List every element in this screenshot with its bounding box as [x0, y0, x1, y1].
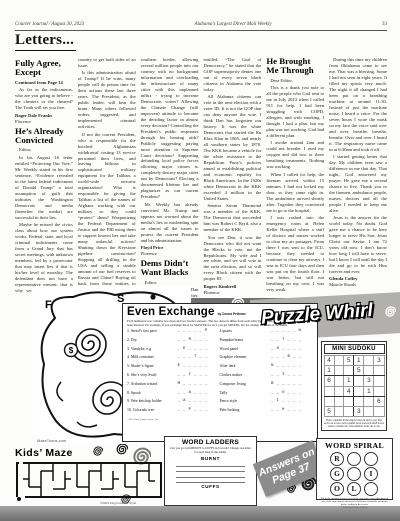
sudoku-cell: 1: [354, 356, 364, 366]
answer-blanks: _ _ T _ _ _: [271, 339, 313, 343]
even-exchange-row: 2. Dry_ _ R _ _ _Pumpkin home_ _ T _ _ _: [127, 339, 313, 343]
letter-paragraph: All Alabama citizens can vote in the nex…: [203, 94, 261, 201]
even-exchange-row: 1. Steed’s fast pace_ _ _ _ _ P4 quarts_…: [127, 330, 313, 334]
even-exchange-row: 3. Vandyke, e.g._ E _ _ _ _Wood panel_ O…: [127, 348, 313, 352]
word-spiral-title: WORD SPIRAL: [320, 441, 389, 450]
letter-paragraph: You see Dan, it was the Democrats who di…: [203, 235, 261, 283]
clue: 2. Dry: [127, 339, 178, 343]
kids-maze-title: Kids’ Maze: [15, 447, 73, 459]
sudoku-cell: [334, 376, 344, 386]
sudoku-cell: 4: [324, 356, 334, 366]
mini-sudoku-puzzle: MINI SUDOKU 4513 15 613 41 6 53 Place a …: [321, 341, 387, 431]
sudoku-cell: [334, 386, 344, 396]
word-spiral-puzzle: WORD SPIRAL R G I O L Fill in the missin…: [316, 438, 393, 500]
letter-signature: Rogers Kimbrell Florence: [203, 284, 261, 296]
clue: 3. Vandyke, e.g.: [127, 348, 178, 352]
spiral-letter-cell: R: [330, 452, 344, 466]
letter-paragraph: In his August 16 letter entitled “Protec…: [15, 155, 73, 221]
ladder-rung: [176, 471, 245, 472]
answer-blanks: _ _ O _ _ _: [271, 392, 313, 396]
sudoku-cell: [364, 356, 374, 366]
sudoku-cell: [354, 376, 364, 386]
clue: Pale-looking: [220, 409, 272, 413]
maze-dollar-label: $: [69, 346, 74, 355]
answer-blanks: B _ _ _ _ _: [271, 383, 313, 387]
sudoku-cell: [334, 406, 344, 416]
sudoku-cell: 5: [344, 356, 354, 366]
answer-blanks: _ _ R _ _ _: [178, 339, 220, 343]
masthead-center: Alabama’s Largest Direct Mail Weekly: [194, 22, 271, 27]
letter-paragraph: I awoke around 2am and could not breathe…: [266, 140, 324, 170]
maze-start-dot: [17, 497, 21, 501]
section-title-letters: Letters...: [15, 32, 76, 51]
clue: 10. Colorado tree: [127, 409, 178, 413]
continued-note: Continued from Page 14: [15, 80, 73, 86]
even-exchange-row: 5. Skater’s figureE _ _ _ _ _After darkN…: [127, 365, 313, 369]
sudoku-cell: 6: [324, 376, 334, 386]
word-ladders-top-word: BURNT: [170, 456, 251, 461]
sudoku-cell: [344, 366, 354, 376]
word-ladders-puzzle: WORD LADDERS Can you go from BURNT to CU…: [164, 436, 257, 506]
spiral-letter-cell: G: [330, 467, 344, 481]
answer-blanks: _ _ _ B _ _: [271, 356, 313, 360]
clue: 6. She’s very Swift: [127, 374, 178, 378]
clue: 7. Arthurian wizard: [127, 383, 178, 387]
answer-blanks: _ _ P _ _ _: [178, 409, 220, 413]
signature-city: Florence: [141, 251, 199, 257]
letter-paragraph: This is a thank you note to all the peop…: [266, 85, 324, 139]
sudoku-cell: 1: [324, 366, 334, 376]
sudoku-cell: [364, 366, 374, 376]
signature-city: Muscle Shoals: [329, 282, 387, 288]
letter-salutation: Editor,: [15, 147, 73, 153]
newspaper-page: { "masthead": { "left": "Courier Journal…: [0, 0, 400, 521]
sudoku-cell: 6: [374, 396, 384, 406]
even-exchange-row: 7. Arthurian wizardM _ _ _ _ _Composer I…: [127, 383, 313, 387]
sudoku-cell: [324, 396, 334, 406]
word-ladders-instructions: Can you go from BURNT to CUFFS in 6 word…: [170, 447, 251, 455]
sudoku-cell: [344, 406, 354, 416]
page-background: Courier Journal / August 30, 2023 Alabam…: [0, 0, 400, 521]
sudoku-cell: [374, 406, 384, 416]
letter-paragraph: When I called for help, the fireman arri…: [266, 172, 324, 214]
answer-blanks: _ I _ _ _ _: [271, 400, 313, 404]
clue: After dark: [220, 365, 272, 369]
letter-paragraph: Mr. Weekly has already convicted Mr. Tru…: [141, 202, 199, 244]
sudoku-cell: [334, 356, 344, 366]
spiral-letter-cell: [364, 452, 378, 466]
even-exchange-row: 6. She’s very Swift_ _ Y _ _ _Clothes ma…: [127, 374, 313, 378]
even-exchange-title: Even Exchange: [127, 306, 215, 318]
masthead: Courier Journal / August 30, 2023 Alabam…: [15, 22, 387, 31]
clue: 4. Milk container: [127, 356, 178, 360]
clue: 5. Skater’s figure: [127, 365, 178, 369]
spiral-letter-cell: I: [364, 467, 378, 481]
swirl-icon: [115, 443, 128, 456]
spiral-letter-cell: [347, 452, 361, 466]
sudoku-cell: 3: [364, 376, 374, 386]
even-exchange-copyright: ©2023 King Features Synd., Inc.: [127, 418, 313, 421]
letter-paragraph: I started getting better that day. My ch…: [329, 154, 387, 214]
mazetoons-credit: MazeToons.com: [37, 438, 67, 443]
clue: 1. Steed’s fast pace: [127, 330, 178, 334]
mini-sudoku-grid: 4513 15 613 41 6 53: [324, 355, 385, 417]
mini-sudoku-caption: Place a number in the empty boxes in suc…: [324, 419, 385, 429]
letter-paragraph: Is this administration afraid of Trump? …: [78, 70, 136, 130]
sudoku-cell: 1: [344, 376, 354, 386]
clue: 8. Spook: [127, 392, 178, 396]
letter-signature: Roger Dale Franks Florence: [15, 113, 73, 125]
clue: 9. Wee ketchup holder: [127, 400, 178, 404]
sudoku-cell: 5: [354, 366, 364, 376]
clue: Wood panel: [220, 348, 272, 352]
letter-salutation: Editor:: [141, 280, 199, 286]
mini-sudoku-title: MINI SUDOKU: [324, 344, 385, 354]
answer-blanks: _ A _ _ _ _: [178, 400, 220, 404]
answer-blanks: _ _ A _ _ _: [178, 392, 220, 396]
letter-paragraph: During this time my children from Oklaho…: [329, 57, 387, 153]
sudoku-cell: [364, 406, 374, 416]
answer-blanks: _ _ H _ _ _: [271, 409, 313, 413]
clue: 4 quarts: [220, 330, 272, 334]
answer-blanks: _ _ _ T _ _: [178, 356, 220, 360]
answer-blanks: M _ _ _ _ _: [178, 383, 220, 387]
clue: Tally: [220, 392, 272, 396]
sudoku-cell: [334, 396, 344, 406]
clue: Composer Irving: [220, 383, 272, 387]
spiral-letter-cell: [364, 482, 378, 496]
spiral-letter-cell: L: [347, 482, 361, 496]
sudoku-cell: [344, 396, 354, 406]
word-spiral-caption: Fill in the missing letters to reveal th…: [320, 497, 389, 506]
sudoku-cell: 5: [324, 406, 334, 416]
sudoku-cell: [374, 366, 384, 376]
answer-blanks: _ _ _ _ _ N: [271, 330, 313, 334]
sudoku-cell: [334, 366, 344, 376]
signature-city: Florence: [203, 290, 261, 296]
kids-maze-copyright: ©2023 King Features Synd.: [100, 501, 137, 505]
spiral-letter-cell: O: [330, 482, 344, 496]
spiral-letter-cell: [347, 467, 361, 481]
answer-blanks: E _ _ _ _ _: [178, 365, 220, 369]
sudoku-cell: [374, 376, 384, 386]
even-exchange-byline: by Donna Pettman: [218, 312, 246, 316]
clue: Fence style: [220, 400, 272, 404]
word-spiral-copyright: ©2023 King Features Syndicate: [320, 507, 389, 509]
even-exchange-row: 8. Spook_ _ A _ _ _Tally_ _ O _ _ _: [127, 392, 313, 396]
maze-dot: [150, 294, 155, 299]
ladder-rung: [176, 477, 245, 478]
answer-blanks: _ _ I _ _ _: [271, 374, 313, 378]
letter-title: He’s Already Convicted: [15, 127, 73, 145]
letter-signature: Glenda Coffey Muscle Shoals: [329, 276, 387, 288]
even-exchange-row: 9. Wee ketchup holder_ A _ _ _ _Fence st…: [127, 400, 313, 404]
answer-blanks: _ _ Y _ _ _: [178, 374, 220, 378]
page-number: 33: [382, 22, 387, 27]
signature-city: Florence: [15, 119, 73, 125]
sudoku-cell: 1: [364, 386, 374, 396]
letter-title: Dems Didn’t Want Blacks: [141, 259, 199, 277]
sudoku-cell: 3: [354, 406, 364, 416]
sudoku-cell: [374, 386, 384, 396]
sudoku-cell: [354, 396, 364, 406]
letter-paragraph: I was rushed into the emergency room at …: [266, 215, 324, 293]
sudoku-cell: [354, 386, 364, 396]
kids-maze-grid: [15, 461, 163, 501]
ladder-rung: [176, 466, 245, 467]
clue: Graphite element: [220, 356, 272, 360]
answer-blanks: _ E _ _ _ _: [178, 348, 220, 352]
answer-blanks: N _ _ _ _ _: [271, 365, 313, 369]
sudoku-cell: 3: [374, 356, 384, 366]
letter-salutation: Dear Editor,: [266, 78, 324, 84]
even-exchange-row: 4. Milk container_ _ _ T _ _Graphite ele…: [127, 356, 313, 360]
answer-blanks: _ _ _ _ _ P: [178, 330, 220, 334]
letter-signature: Floyd Price Florence: [141, 245, 199, 257]
word-ladders-bottom-word: CUFFS: [170, 484, 251, 489]
answer-blanks: _ O _ _ _ _: [271, 348, 313, 352]
sudoku-cell: [324, 386, 334, 396]
masthead-left: Courier Journal / August 30, 2023: [15, 22, 84, 27]
sudoku-cell: 4: [344, 386, 354, 396]
letter-paragraph: Jesus is the answer for the world today.…: [329, 215, 387, 275]
sudoku-cell: [364, 396, 374, 406]
swirl-icon: [92, 446, 103, 457]
letters-columns: Fully Agree, Except Continued from Page …: [15, 57, 387, 300]
letter-paragraph: As far as the indictments, who are you g…: [15, 87, 73, 111]
letter-paragraph: Senator Strom Thurmond was a member of t…: [203, 203, 261, 233]
word-ladders-title: WORD LADDERS: [170, 439, 251, 446]
even-exchange-row: 10. Colorado tree_ _ P _ _ _Pale-looking…: [127, 409, 313, 413]
letter-title: He Brought Me Through: [266, 57, 324, 75]
clue: Pumpkin home: [220, 339, 272, 343]
clue: Clothes maker: [220, 374, 272, 378]
letter-title: Fully Agree, Except: [15, 59, 73, 77]
ladder-rung: [176, 482, 245, 483]
word-spiral-grid: R G I O L: [320, 452, 389, 496]
maze-start-label: F: [45, 299, 52, 311]
